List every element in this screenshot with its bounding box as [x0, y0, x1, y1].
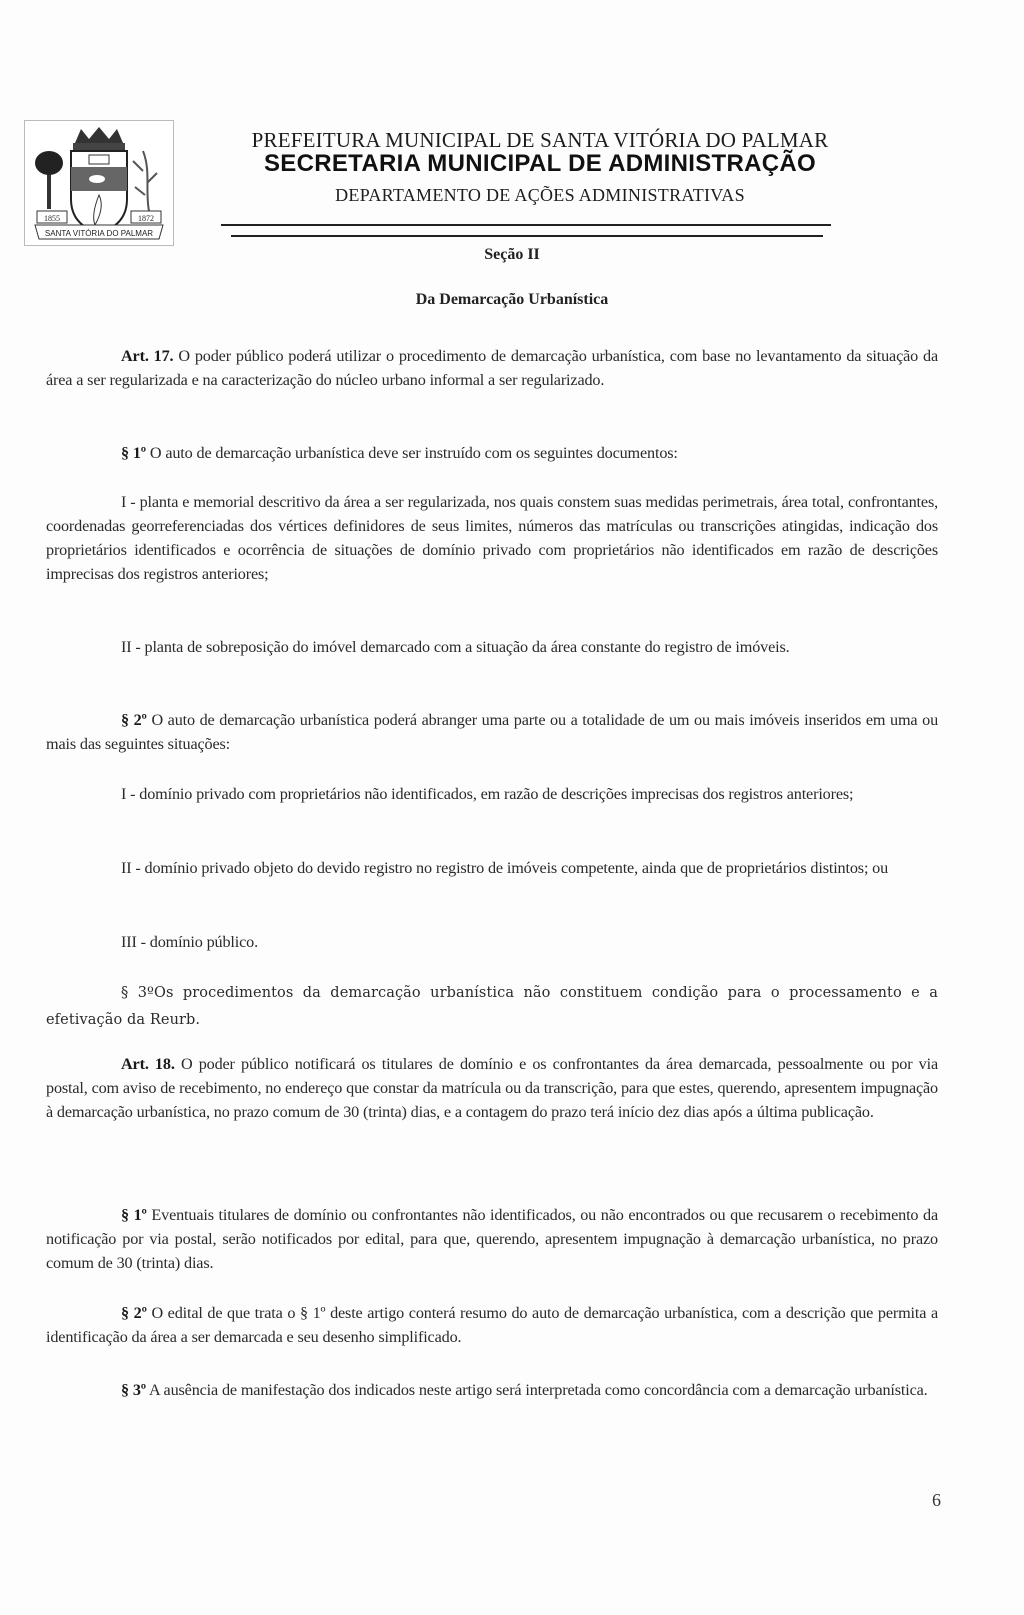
section-title: Seção II — [0, 246, 1024, 264]
art18-paragraph-3: § 3º A ausência de manifestação dos indi… — [46, 1378, 938, 1402]
art17-p2-label: § 2º — [121, 711, 147, 729]
article-18: Art. 18. O poder público notificará os t… — [46, 1052, 938, 1124]
art17-p2-item-3-text: III - domínio público. — [121, 933, 258, 951]
art17-p1-item-2: II - planta de sobreposição do imóvel de… — [46, 635, 938, 659]
art17-p1-item-2-text: II - planta de sobreposição do imóvel de… — [121, 638, 790, 656]
art18-p2-text: O edital de que trata o § 1º deste artig… — [46, 1304, 938, 1346]
logo-year-left: 1855 — [44, 214, 60, 223]
art18-paragraph-2: § 2º O edital de que trata o § 1º deste … — [46, 1301, 938, 1349]
art18-p1-label: § 1º — [121, 1206, 147, 1224]
art17-paragraph-3: § 3ºOs procedimentos da demarcação urban… — [46, 980, 938, 1034]
article-18-label: Art. 18. — [121, 1055, 175, 1073]
page-number: 6 — [932, 1490, 941, 1511]
art17-p3-text: Os procedimentos da demarcação urbanísti… — [46, 985, 938, 1028]
article-17-label: Art. 17. — [121, 347, 173, 365]
art17-p2-item-2: II - domínio privado objeto do devido re… — [46, 856, 938, 880]
art17-p1-label: § 1º — [121, 444, 146, 462]
coat-of-arms-icon: 1855 1872 SANTA VITÓRIA DO PALMAR — [25, 121, 173, 245]
header-divider-bottom — [231, 235, 823, 237]
article-17-text: O poder público poderá utilizar o proced… — [46, 347, 938, 389]
art17-p2-item-1: I - domínio privado com proprietários nã… — [46, 782, 938, 806]
logo-year-right: 1872 — [138, 214, 154, 223]
art17-p1-item-1-text: I - planta e memorial descritivo da área… — [46, 493, 938, 583]
logo-banner-text: SANTA VITÓRIA DO PALMAR — [45, 229, 153, 238]
article-18-text: O poder público notificará os titulares … — [46, 1055, 938, 1121]
header-secretaria: SECRETARIA MUNICIPAL DE ADMINISTRAÇÃO — [200, 150, 880, 178]
art17-p1-item-1: I - planta e memorial descritivo da área… — [46, 490, 938, 586]
header-departamento: DEPARTAMENTO DE AÇÕES ADMINISTRATIVAS — [200, 185, 880, 206]
header-divider-top — [221, 224, 831, 226]
art17-p3-label: § 3º — [121, 985, 154, 1001]
art17-paragraph-2: § 2º O auto de demarcação urbanística po… — [46, 708, 938, 756]
art17-paragraph-1: § 1º O auto de demarcação urbanística de… — [46, 441, 938, 465]
article-17: Art. 17. O poder público poderá utilizar… — [46, 344, 938, 392]
municipal-coat-of-arms-logo: 1855 1872 SANTA VITÓRIA DO PALMAR — [24, 120, 174, 246]
section-subtitle: Da Demarcação Urbanística — [0, 291, 1024, 309]
art17-p2-item-2-text: II - domínio privado objeto do devido re… — [121, 859, 888, 877]
art17-p2-text: O auto de demarcação urbanística poderá … — [46, 711, 938, 753]
art17-p2-item-3: III - domínio público. — [46, 930, 938, 954]
art18-paragraph-1: § 1º Eventuais titulares de domínio ou c… — [46, 1203, 938, 1275]
art18-p3-text: A ausência de manifestação dos indicados… — [149, 1381, 928, 1399]
art18-p3-label: § 3º — [121, 1381, 146, 1399]
art17-p1-text: O auto de demarcação urbanística deve se… — [150, 444, 678, 462]
art18-p2-label: § 2º — [121, 1304, 147, 1322]
document-page: 1855 1872 SANTA VITÓRIA DO PALMAR PREFEI… — [0, 0, 1024, 1615]
art17-p2-item-1-text: I - domínio privado com proprietários nã… — [121, 785, 853, 803]
art18-p1-text: Eventuais titulares de domínio ou confro… — [46, 1206, 938, 1272]
